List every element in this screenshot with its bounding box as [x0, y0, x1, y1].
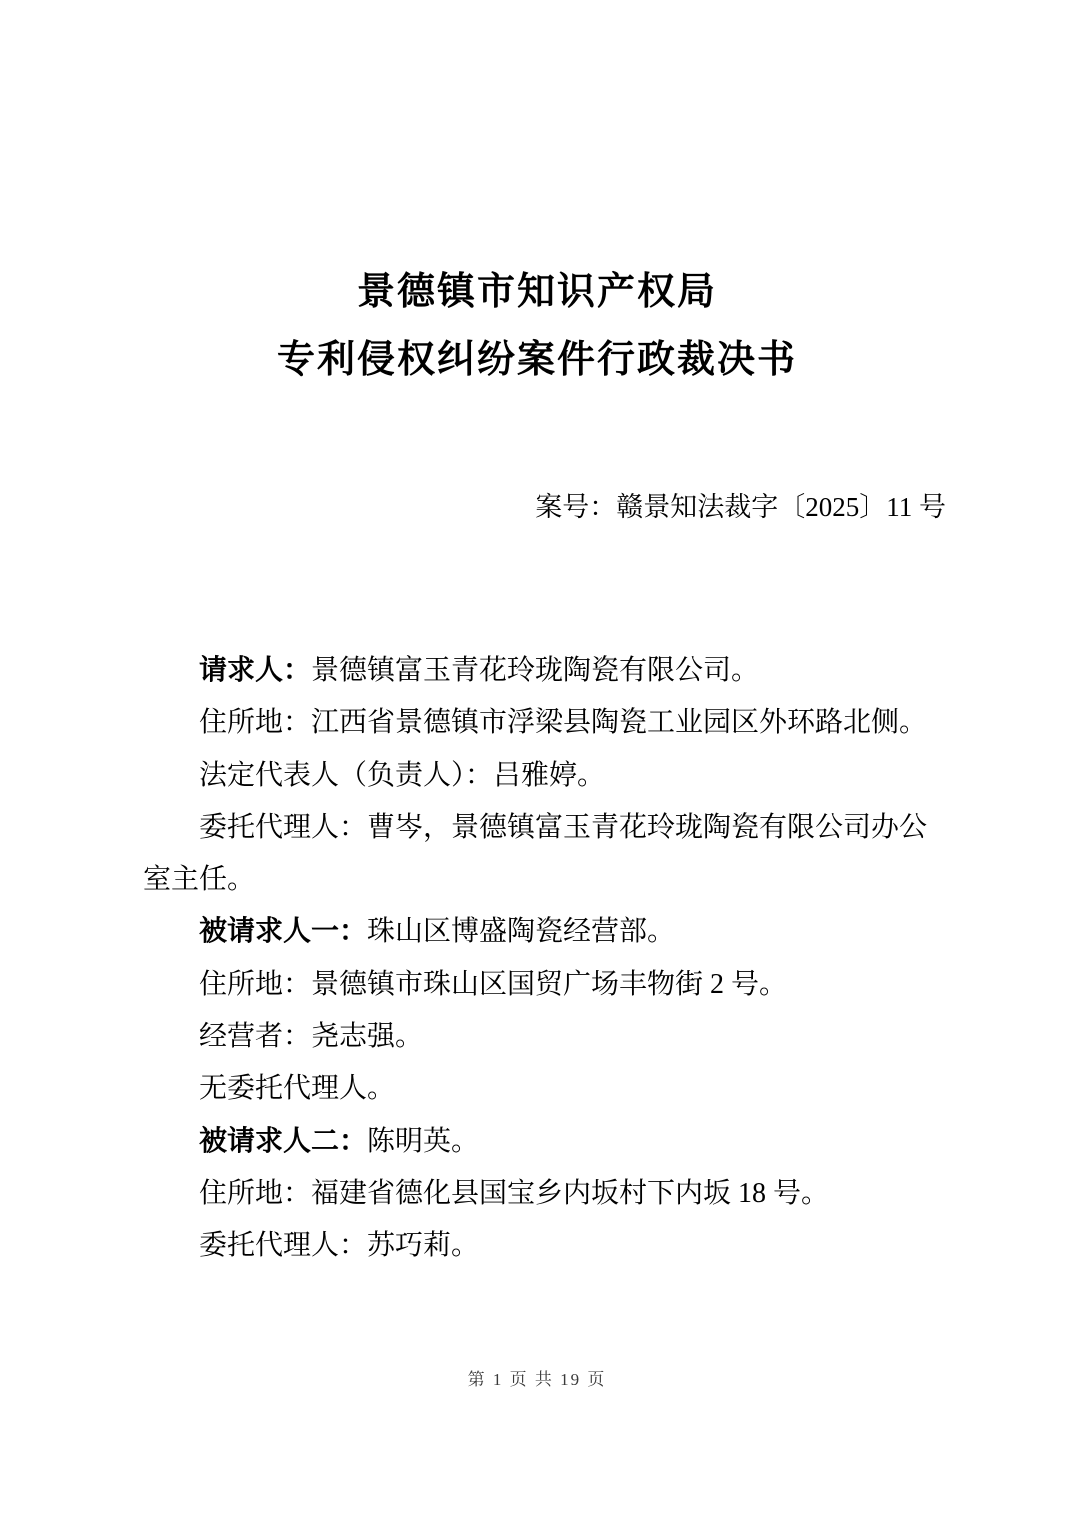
respondent-one-address-value: 住所地：景德镇市珠山区国贸广场丰物街 2 号。 — [199, 969, 787, 1000]
respondent-one-no-agent-value: 无委托代理人。 — [199, 1073, 395, 1104]
body-line-respondent-one-address: 住所地：景德镇市珠山区国贸广场丰物街 2 号。 — [143, 959, 934, 1011]
respondent-two-address-value: 住所地：福建省德化县国宝乡内坂村下内坂 18 号。 — [199, 1178, 829, 1209]
petitioner-value: 景德镇富玉青花玲珑陶瓷有限公司。 — [311, 655, 759, 686]
body-line-legal-representative: 法定代表人（负责人）：吕雅婷。 — [143, 750, 934, 802]
document-title: 景德镇市知识产权局 专利侵权纠纷案件行政裁决书 — [0, 258, 1074, 394]
respondent-one-label: 被请求人一： — [199, 916, 367, 947]
respondent-two-label: 被请求人二： — [199, 1126, 367, 1157]
page-number-footer: 第 1 页 共 19 页 — [0, 1368, 1074, 1392]
respondent-two-agent-value: 委托代理人：苏巧莉。 — [199, 1230, 479, 1261]
body-line-respondent-two-address: 住所地：福建省德化县国宝乡内坂村下内坂 18 号。 — [143, 1168, 934, 1220]
title-line-authority: 景德镇市知识产权局 — [0, 258, 1074, 326]
body-line-respondent-one-no-agent: 无委托代理人。 — [143, 1063, 934, 1115]
document-body: 请求人：景德镇富玉青花玲珑陶瓷有限公司。 住所地：江西省景德镇市浮梁县陶瓷工业园… — [143, 645, 934, 1273]
petitioner-agent-value: 委托代理人：曹岑，景德镇富玉青花玲珑陶瓷有限公司办公 — [199, 812, 927, 843]
petitioner-address-value: 住所地：江西省景德镇市浮梁县陶瓷工业园区外环路北侧。 — [199, 707, 927, 738]
title-line-doc-type: 专利侵权纠纷案件行政裁决书 — [0, 326, 1074, 394]
body-line-petitioner-agent: 委托代理人：曹岑，景德镇富玉青花玲珑陶瓷有限公司办公 — [143, 802, 934, 854]
legal-representative-value: 法定代表人（负责人）：吕雅婷。 — [199, 760, 605, 791]
respondent-one-operator-value: 经营者：尧志强。 — [199, 1021, 423, 1052]
body-line-respondent-two-agent: 委托代理人：苏巧莉。 — [143, 1220, 934, 1272]
body-line-respondent-two: 被请求人二：陈明英。 — [143, 1116, 934, 1168]
body-line-petitioner-address: 住所地：江西省景德镇市浮梁县陶瓷工业园区外环路北侧。 — [143, 697, 934, 749]
body-line-respondent-one-operator: 经营者：尧志强。 — [143, 1011, 934, 1063]
body-line-respondent-one: 被请求人一：珠山区博盛陶瓷经营部。 — [143, 906, 934, 958]
petitioner-label: 请求人： — [199, 655, 311, 686]
case-number: 案号：赣景知法裁字〔2025〕11 号 — [535, 487, 946, 527]
body-line-petitioner-agent-wrap: 室主任。 — [143, 854, 934, 906]
body-line-petitioner: 请求人：景德镇富玉青花玲珑陶瓷有限公司。 — [143, 645, 934, 697]
respondent-one-value: 珠山区博盛陶瓷经营部。 — [367, 916, 675, 947]
petitioner-agent-wrap-value: 室主任。 — [143, 864, 255, 895]
respondent-two-value: 陈明英。 — [367, 1126, 479, 1157]
document-page: 景德镇市知识产权局 专利侵权纠纷案件行政裁决书 案号：赣景知法裁字〔2025〕1… — [0, 0, 1074, 1520]
